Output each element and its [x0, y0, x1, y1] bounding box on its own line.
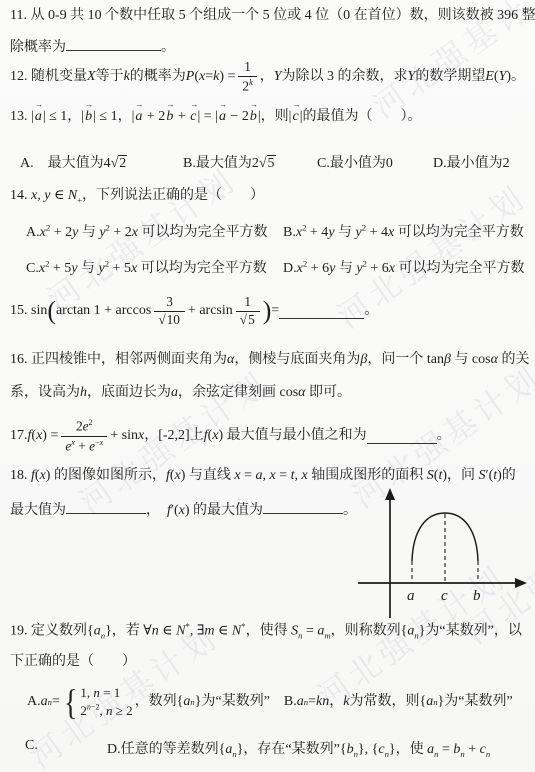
q18-function-figure: a c b	[350, 486, 532, 624]
q13-options-row: A. 最大值为4√2 B.最大值为2√5 C.最小值为0 D.最小值为2	[0, 152, 535, 174]
y-axis-arrow-icon	[385, 488, 395, 500]
q17-line: 17. f(x) = 2e2ex + e−x + sin x，[-2,2]上 f…	[10, 413, 531, 459]
q15-line: 15. sin(arctan 1 + arccos 3√10 + arcsin …	[10, 288, 531, 334]
q12-line: 12. 随机变量 X 等于 k 的概率为 P(x = k) = 12k，Y 为除…	[10, 57, 531, 97]
q13-option-b: B.最大值为2√5	[183, 152, 276, 172]
q13-option-d: D.最小值为2	[433, 152, 510, 172]
q19-options-cd: C. D.任意的等差数列{an}，存在“某数列”{bn}, {cn}，使 an …	[0, 738, 535, 760]
q13-option-c: C.最小值为0	[317, 152, 393, 172]
q13-option-a: A. 最大值为4√2	[20, 152, 127, 172]
axis-label-c: c	[441, 588, 448, 604]
axis-label-b: b	[473, 588, 481, 604]
q16-line-1: 16. 正四棱锥中，相邻两侧面夹角为α，侧棱与底面夹角为β，问一个 tanβ 与…	[10, 350, 531, 370]
q19-line-2: 下正确的是（ ）	[10, 652, 531, 672]
q19-option-c: C.	[25, 738, 38, 754]
q19-line-1: 19. 定义数列{an}，若 ∀n ∈ N*, ∃m ∈ N*，使得 Sn = …	[10, 620, 531, 642]
q19-options-ab: A.an = {1, n = 12n−2, n ≥ 2，数列{an}为“某数列”…	[27, 678, 531, 726]
q14-options-row-2: C.x2 + 5y 与 y2 + 5x 可以均为完全平方数 D.x2 + 6y …	[0, 257, 535, 279]
q14-option-c: C.x2 + 5y 与 y2 + 5x 可以均为完全平方数	[26, 257, 267, 277]
x-axis-arrow-icon	[515, 578, 527, 588]
q19-option-d: D.任意的等差数列{an}，存在“某数列”{bn}, {cn}，使 an = b…	[107, 738, 490, 759]
q14-option-b: B.x2 + 4y 与 y2 + 4x 可以均为完全平方数	[283, 221, 524, 241]
q18-line-1: 18. f(x) 的图像如图所示，f(x) 与直线 x = a, x = t, …	[10, 466, 531, 486]
q13-line: 13. |→a| ≤ 1，|→b| ≤ 1，|→a + 2→b + →c| = …	[10, 107, 531, 127]
axis-label-a: a	[407, 588, 415, 604]
q14-option-d: D.x2 + 6y 与 y2 + 6x 可以均为完全平方数	[283, 257, 525, 277]
exam-document: 河北强基计划 河北强基计划 河北强基计划 河北强基计划 河北强基计划 河北强基计…	[0, 0, 535, 772]
q11-line-2: 除概率为。	[10, 36, 531, 58]
q14-option-a: A.x2 + 2y 与 y2 + 2x 可以均为完全平方数	[26, 221, 268, 241]
q14-options-row-1: A.x2 + 2y 与 y2 + 2x 可以均为完全平方数 B.x2 + 4y …	[0, 221, 535, 243]
q11-line-1: 11. 从 0-9 共 10 个数中任取 5 个组成一个 5 位或 4 位（0 …	[10, 6, 531, 26]
q16-line-2: 系，设高为h，底面边长为a，余弦定律刻画 cosα 即可。	[10, 383, 531, 403]
q14-line: 14. x, y ∈ N+，下列说法正确的是（ ）	[10, 186, 531, 206]
